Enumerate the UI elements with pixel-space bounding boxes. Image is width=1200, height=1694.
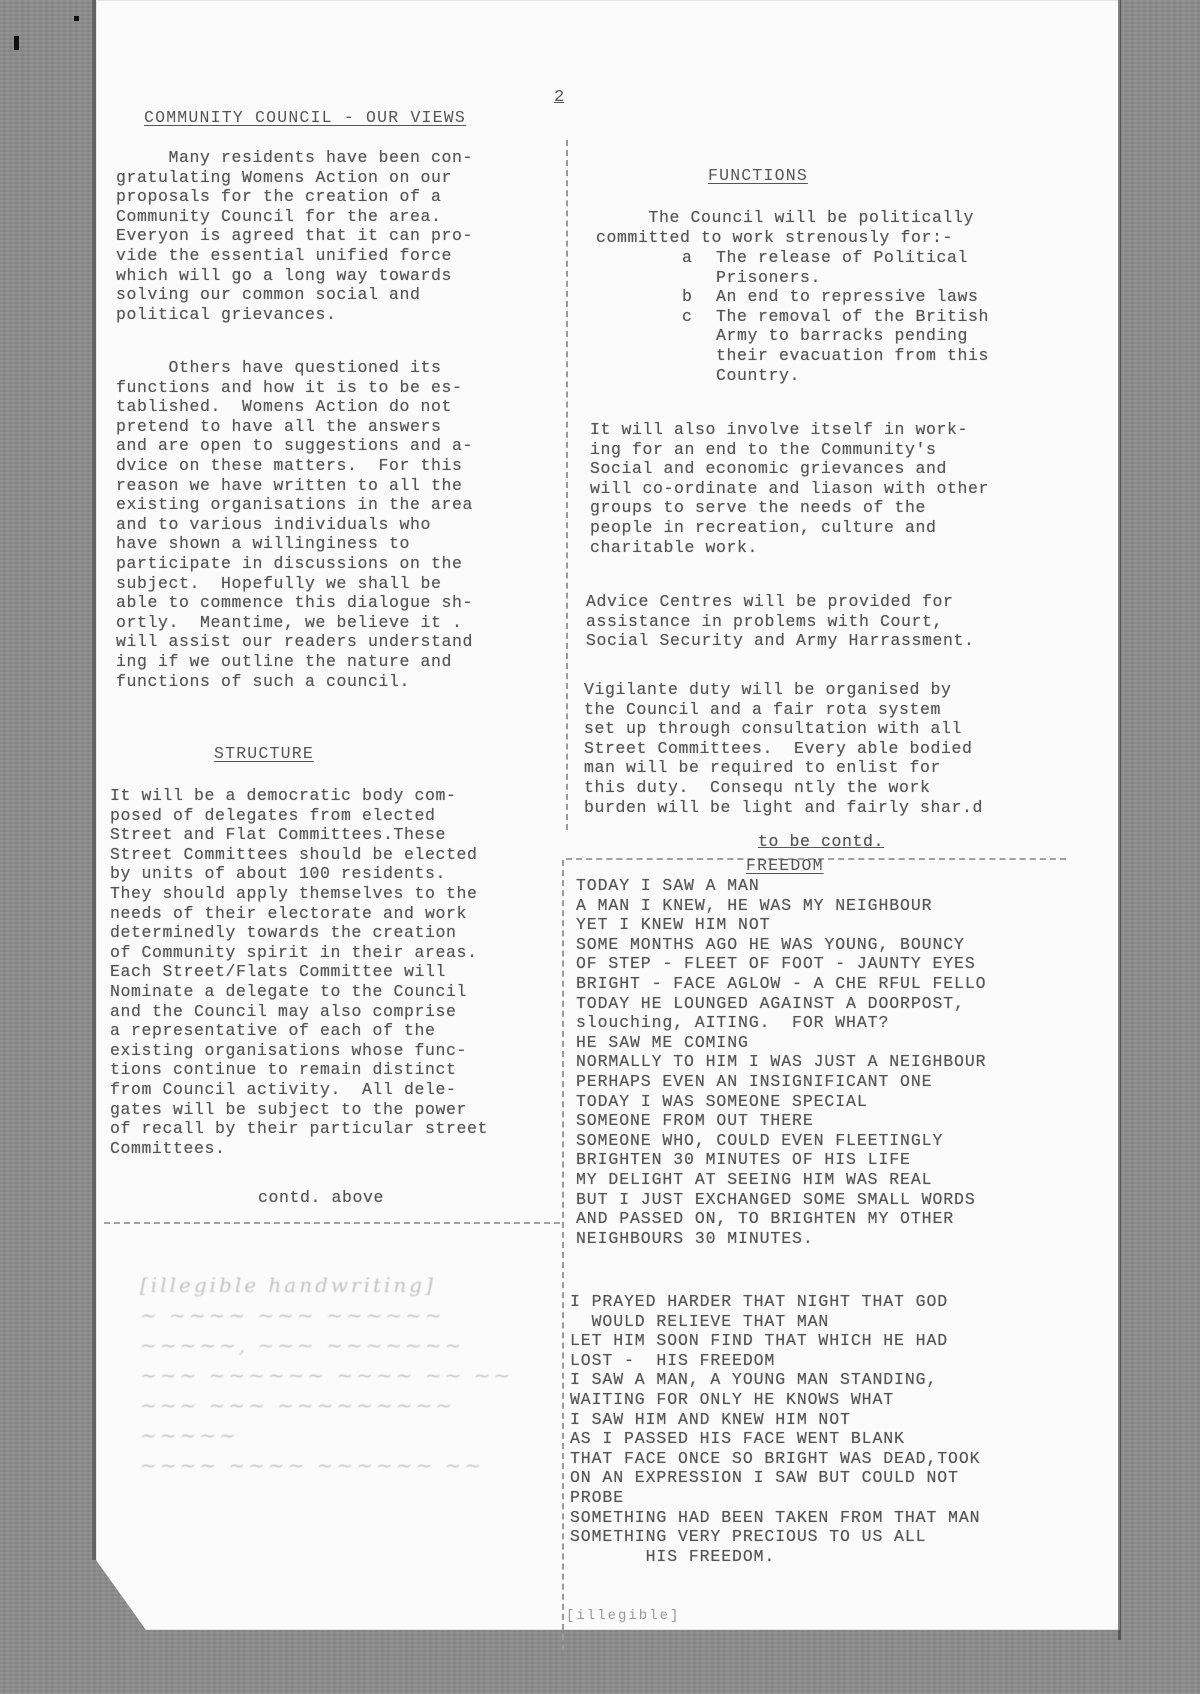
poem-stanza-2: I PRAYED HARDER THAT NIGHT THAT GOD WOUL… [570,1292,980,1566]
text-line: Everyon is agreed that it can pro- [116,226,473,246]
poem-line: LOST - HIS FREEDOM [570,1351,980,1371]
text-line: set up through consultation with all [584,719,983,739]
poem-line: THAT FACE ONCE SO BRIGHT WAS DEAD,TOOK [570,1449,980,1469]
handwriting-line: ~ ~~~~ ~~~ ~~~~~~ [140,1300,540,1330]
text-line: a representative of each of the [110,1021,488,1041]
poem-line: SOMEONE WHO, COULD EVEN FLEETINGLY [576,1131,986,1151]
text-line: assistance in problems with Court, [586,612,975,632]
poem-line: LET HIM SOON FIND THAT WHICH HE HAD [570,1331,980,1351]
list-marker: c [682,307,716,385]
footer-scrawl: [illegible] [566,1608,680,1624]
text-line: which will go a long way towards [116,266,473,286]
poem-line: AS I PASSED HIS FACE WENT BLANK [570,1429,980,1449]
text-line: Street Committees should be elected [110,845,488,865]
text-line: dvice on these matters. For this [116,456,473,476]
text-line: of Community spirit in their areas. [110,943,488,963]
text-line: posed of delegates from elected [110,806,488,826]
text-line: participate in discussions on the [116,554,473,574]
text-line: The Council will be politically [596,208,974,228]
poem-line: I PRAYED HARDER THAT NIGHT THAT GOD [570,1292,980,1312]
text-line: ing if we outline the nature and [116,652,473,672]
text-line: by units of about 100 residents. [110,864,488,884]
text-line: Each Street/Flats Committee will [110,962,488,982]
text-line: tablished. Womens Action do not [116,397,473,417]
poem-line: MY DELIGHT AT SEEING HIM WAS REAL [576,1170,986,1190]
poem-line: TODAY I WAS SOMEONE SPECIAL [576,1092,986,1112]
to-be-continued-note: to be contd. [758,832,884,852]
involve-paragraph: It will also involve itself in work- ing… [590,420,989,557]
poem-line: WOULD RELIEVE THAT MAN [570,1312,980,1332]
poem-line: WAITING FOR ONLY HE KNOWS WHAT [570,1390,980,1410]
text-line: Nominate a delegate to the Council [110,982,488,1002]
functions-list: a The release of Political Prisoners. b … [682,248,989,385]
text-line: An end to repressive laws [716,287,979,307]
structure-heading: STRUCTURE [214,744,314,763]
poem-line: TODAY I SAW A MAN [576,876,986,896]
text-line: from Council activity. All dele- [110,1080,488,1100]
text-line: pretend to have all the answers [116,417,473,437]
text-line: of recall by their particular street [110,1119,488,1139]
poem-line: NORMALLY TO HIM I WAS JUST A NEIGHBOUR [576,1052,986,1072]
functions-list-item: a The release of Political Prisoners. [682,248,989,287]
text-line: reason we have written to all the [116,476,473,496]
text-line: needs of their electorate and work [110,904,488,924]
text-line: tions continue to remain distinct [110,1060,488,1080]
text-line: proposals for the creation of a [116,187,473,207]
poem-line: OF STEP - FLEET OF FOOT - JAUNTY EYES [576,954,986,974]
functions-intro: The Council will be politically committe… [596,208,974,247]
text-line: man will be required to enlist for [584,758,983,778]
poem-line: SOMEONE FROM OUT THERE [576,1111,986,1131]
column-divider [566,140,568,830]
text-line: Country. [716,366,989,386]
text-line: political grievances. [116,305,473,325]
text-line: existing organisations whose func- [110,1041,488,1061]
poem-line: BUT I JUST EXCHANGED SOME SMALL WORDS [576,1190,986,1210]
text-line: and to various individuals who [116,515,473,535]
text-line: gratulating Womens Action on our [116,168,473,188]
structure-paragraph: It will be a democratic body com- posed … [110,786,488,1158]
handwritten-note: [illegible handwriting] ~ ~~~~ ~~~ ~~~~~… [140,1270,540,1480]
text-line: and the Council may also comprise [110,1002,488,1022]
page-number: 2 [554,88,564,107]
scan-speck [14,36,19,50]
text-line: They should apply themselves to the [110,884,488,904]
poem-line: A MAN I KNEW, HE WAS MY NEIGHBOUR [576,896,986,916]
text-line: solving our common social and [116,285,473,305]
poem-line: BRIGHTEN 30 MINUTES OF HIS LIFE [576,1150,986,1170]
handwriting-line: [illegible handwriting] [140,1270,540,1300]
text-line: will co-ordinate and liason with other [590,479,989,499]
text-line: Advice Centres will be provided for [586,592,975,612]
text-line: Community Council for the area. [116,207,473,227]
poem-title: FREEDOM [746,856,824,875]
intro-paragraph-2: Others have questioned its functions and… [116,358,473,691]
text-line: existing organisations in the area [116,495,473,515]
text-line: have shown a willinginess to [116,534,473,554]
intro-paragraph-1: Many residents have been con- gratulatin… [116,148,473,324]
section-divider [104,1222,560,1224]
text-line: Social Security and Army Harrassment. [586,631,975,651]
poem-line: I SAW A MAN, A YOUNG MAN STANDING, [570,1370,980,1390]
text-line: charitable work. [590,538,989,558]
poem-stanza-1: TODAY I SAW A MAN A MAN I KNEW, HE WAS M… [576,876,986,1248]
continued-note: contd. above [258,1188,384,1208]
text-line: It will be a democratic body com- [110,786,488,806]
text-line: It will also involve itself in work- [590,420,989,440]
text-line: functions of such a council. [116,672,473,692]
text-line: Vigilante duty will be organised by [584,680,983,700]
poem-line: HE SAW ME COMING [576,1033,986,1053]
text-line: Street Committees. Every able bodied [584,739,983,759]
list-marker: a [682,248,716,287]
text-line: will assist our readers understand [116,632,473,652]
text-line: groups to serve the needs of the [590,498,989,518]
article-title: COMMUNITY COUNCIL - OUR VIEWS [144,108,466,127]
handwriting-line: ~~~~ ~~~~ ~~~~~~ ~~ [140,1450,540,1480]
poem-line: SOMETHING HAD BEEN TAKEN FROM THAT MAN [570,1508,980,1528]
text-line: The removal of the British [716,307,989,327]
functions-list-item: b An end to repressive laws [682,287,989,307]
text-line: Social and economic grievances and [590,459,989,479]
text-line: Others have questioned its [116,358,473,378]
poem-line: I SAW HIM AND KNEW HIM NOT [570,1410,980,1430]
text-line: the Council and a fair rota system [584,700,983,720]
list-marker: b [682,287,716,307]
text-line: and are open to suggestions and a- [116,436,473,456]
vigilante-paragraph: Vigilante duty will be organised by the … [584,680,983,817]
poem-line: HIS FREEDOM. [570,1547,980,1567]
text-line: Army to barracks pending [716,326,989,346]
text-line: ing for an end to the Community's [590,440,989,460]
text-line: Street and Flat Committees.These [110,825,488,845]
text-line: Committees. [110,1139,488,1159]
page-left-edge [92,0,96,1560]
handwriting-line: ~~~ ~~~~~~ ~~~~ ~~ ~~ [140,1360,540,1390]
text-line: burden will be light and fairly shar.d [584,798,983,818]
poem-line: slouching, AITING. FOR WHAT? [576,1013,986,1033]
text-line: subject. Hopefully we shall be [116,574,473,594]
poem-line: NEIGHBOURS 30 MINUTES. [576,1229,986,1249]
text-line: committed to work strenously for:- [596,228,974,248]
functions-heading: FUNCTIONS [708,166,808,185]
poem-line: PERHAPS EVEN AN INSIGNIFICANT ONE [576,1072,986,1092]
poem-line: AND PASSED ON, TO BRIGHTEN MY OTHER [576,1209,986,1229]
text-line: their evacuation from this [716,346,989,366]
poem-line: SOME MONTHS AGO HE WAS YOUNG, BOUNCY [576,935,986,955]
text-line: determinedly towards the creation [110,923,488,943]
text-line: ortly. Meantime, we believe it . [116,613,473,633]
poem-line: BRIGHT - FACE AGLOW - A CHE RFUL FELLO [576,974,986,994]
text-line: vide the essential unified force [116,246,473,266]
poem-line: ON AN EXPRESSION I SAW BUT COULD NOT [570,1468,980,1488]
handwriting-line: ~~~ ~~~ ~~~~~~~~~ ~~~~~ [140,1390,540,1450]
page-right-edge [1118,0,1121,1640]
functions-list-item: c The removal of the British Army to bar… [682,307,989,385]
text-line: functions and how it is to be es- [116,378,473,398]
text-line: gates will be subject to the power [110,1100,488,1120]
column-divider [562,860,564,1650]
poem-line: TODAY HE LOUNGED AGAINST A DOORPOST, [576,994,986,1014]
poem-line: PROBE [570,1488,980,1508]
scan-speck [74,16,79,21]
advice-paragraph: Advice Centres will be provided for assi… [586,592,975,651]
poem-line: SOMETHING VERY PRECIOUS TO US ALL [570,1527,980,1547]
poem-line: YET I KNEW HIM NOT [576,915,986,935]
text-line: The release of Political [716,248,968,268]
text-line: this duty. Consequ ntly the work [584,778,983,798]
text-line: people in recreation, culture and [590,518,989,538]
handwriting-line: ~~~~~, ~~~ ~~~~~~~ [140,1330,540,1360]
text-line: able to commence this dialogue sh- [116,593,473,613]
text-line: Many residents have been con- [116,148,473,168]
text-line: Prisoners. [716,268,968,288]
